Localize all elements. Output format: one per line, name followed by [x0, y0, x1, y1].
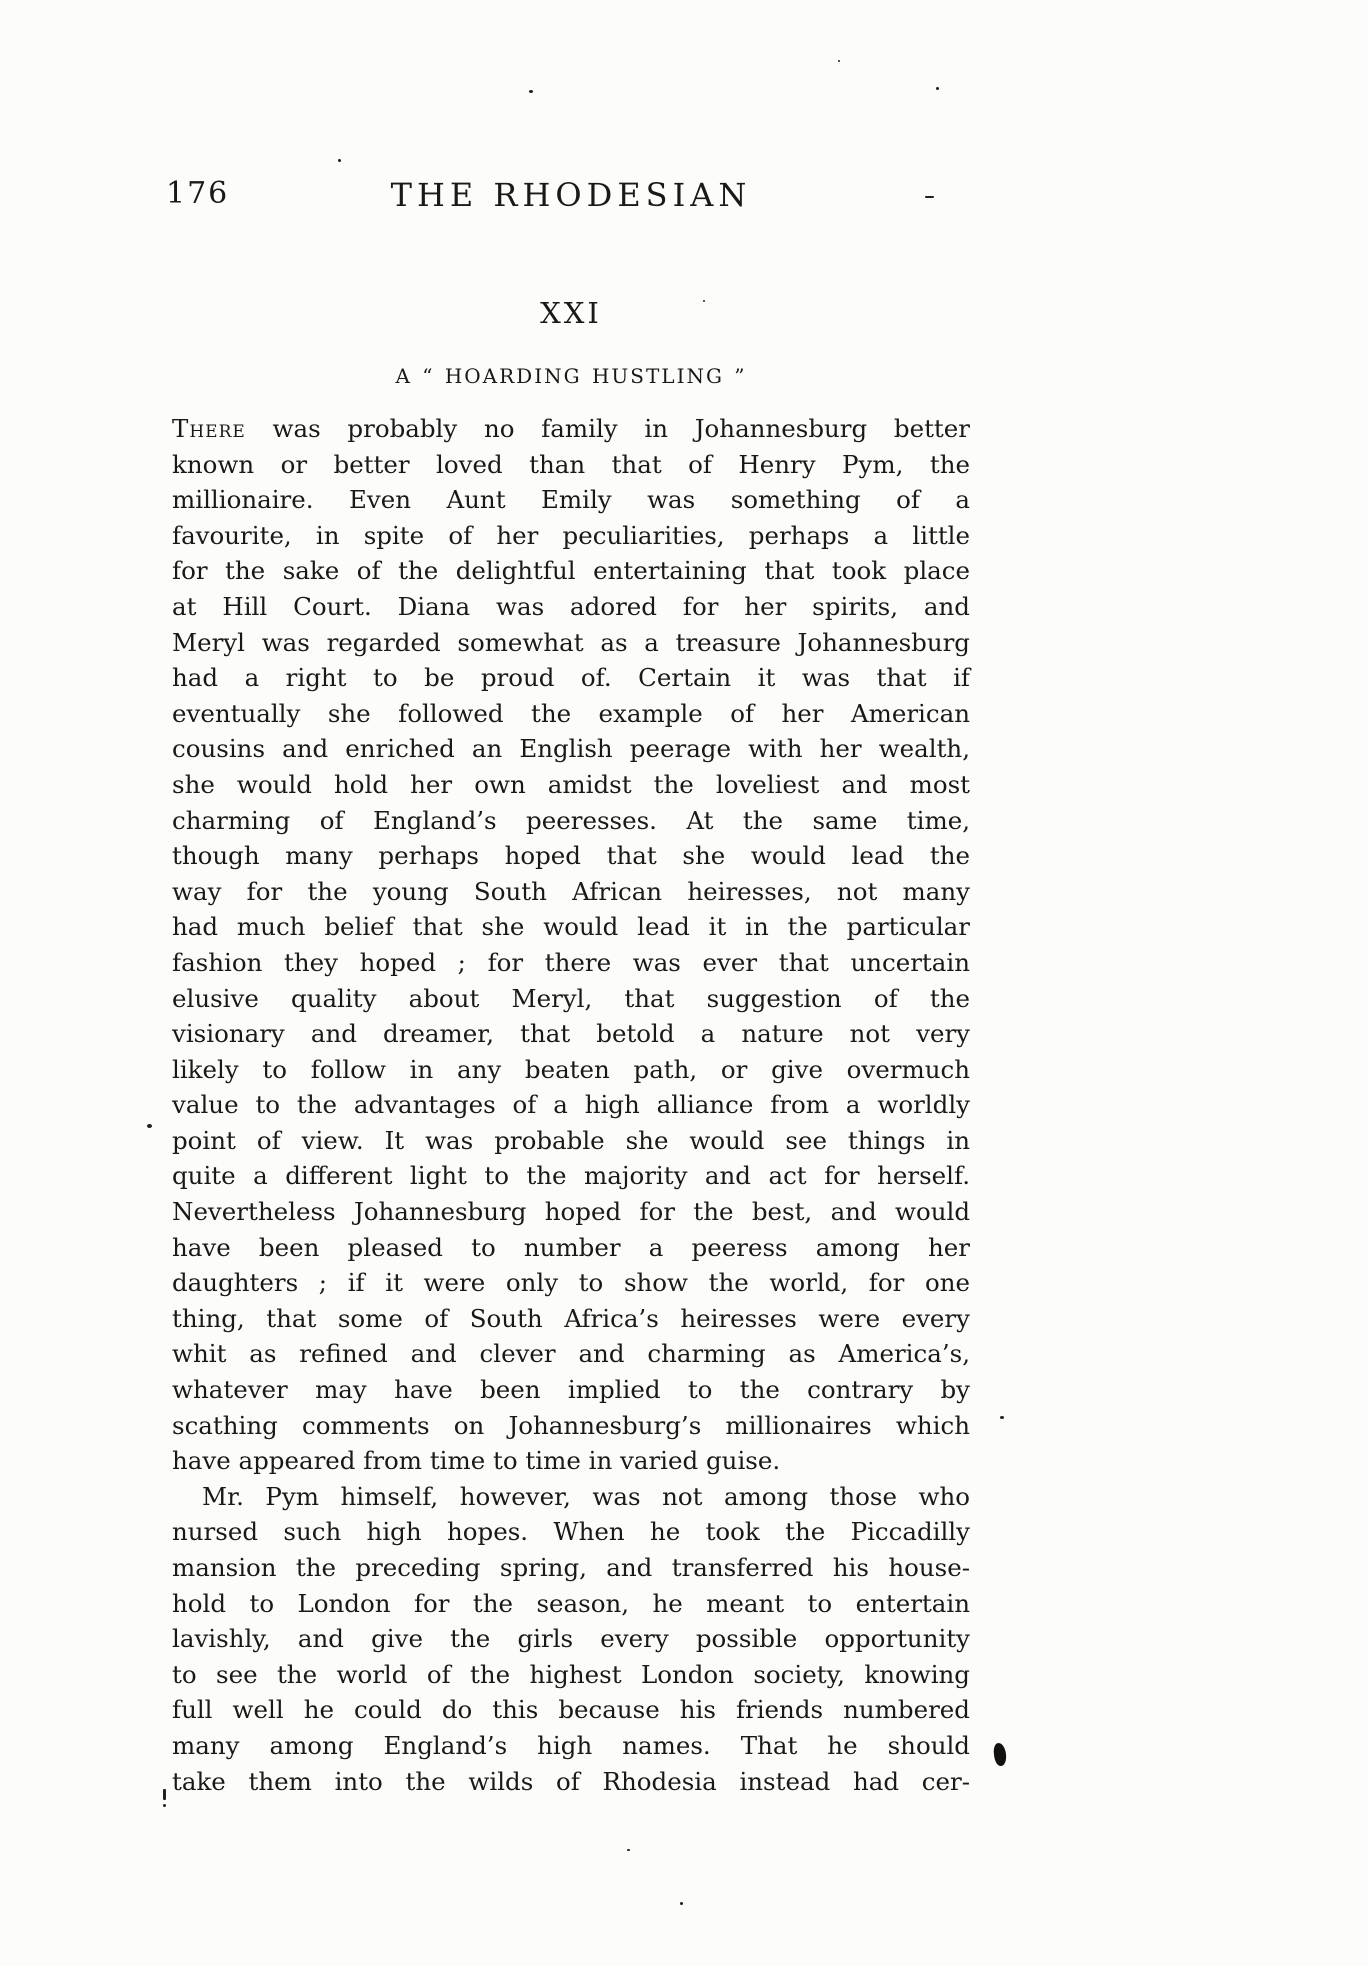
running-title: THE RHODESIAN [172, 176, 970, 214]
text-line: had much belief that she would lead it i… [172, 909, 970, 945]
scan-speck [338, 159, 341, 162]
book-page: 176 THE RHODESIAN XXI A “ HOARDING HUSTL… [0, 0, 1368, 1966]
text-line: cousins and enriched an English peerage … [172, 731, 970, 767]
text-line: There was probably no family in Johannes… [172, 411, 970, 447]
small-caps-lead: There [172, 414, 246, 443]
text-line: favourite, in spite of her peculiarities… [172, 518, 970, 554]
text-line: have appeared from time to time in varie… [172, 1443, 970, 1479]
margin-tick-mark [163, 1789, 166, 1800]
running-head: 176 THE RHODESIAN [172, 176, 970, 216]
text-line: quite a different light to the majority … [172, 1158, 970, 1194]
text-line: at Hill Court. Diana was adored for her … [172, 589, 970, 625]
text-line: lavishly, and give the girls every possi… [172, 1621, 970, 1657]
text-line: to see the world of the highest London s… [172, 1657, 970, 1693]
text-line: full well he could do this because his f… [172, 1692, 970, 1728]
text-line: daughters ; if it were only to show the … [172, 1265, 970, 1301]
scan-speck [703, 300, 705, 302]
text-line: take them into the wilds of Rhodesia ins… [172, 1764, 970, 1800]
text-line: Mr. Pym himself, however, was not among … [172, 1479, 970, 1515]
text-line: millionaire. Even Aunt Emily was somethi… [172, 482, 970, 518]
text-line: hold to London for the season, he meant … [172, 1586, 970, 1622]
text-line: Meryl was regarded somewhat as a treasur… [172, 625, 970, 661]
text-line: nursed such high hopes. When he took the… [172, 1514, 970, 1550]
text-line: for the sake of the delightful entertain… [172, 553, 970, 589]
text-line: value to the advantages of a high allian… [172, 1087, 970, 1123]
text-line: Nevertheless Johannesburg hoped for the … [172, 1194, 970, 1230]
chapter-subtitle: A “ HOARDING HUSTLING ” [172, 364, 970, 388]
chapter-number: XXI [172, 296, 970, 330]
text-line: whatever may have been implied to the co… [172, 1372, 970, 1408]
text-line: thing, that some of South Africa’s heire… [172, 1301, 970, 1337]
text-line: many among England’s high names. That he… [172, 1728, 970, 1764]
text-line: elusive quality about Meryl, that sugges… [172, 981, 970, 1017]
text-line: mansion the preceding spring, and transf… [172, 1550, 970, 1586]
scan-speck [529, 90, 533, 93]
text-line: fashion they hoped ; for there was ever … [172, 945, 970, 981]
text-line: charming of England’s peeresses. At the … [172, 803, 970, 839]
text-line: she would hold her own amidst the loveli… [172, 767, 970, 803]
scan-speck [925, 196, 934, 198]
text-line: way for the young South African heiresse… [172, 874, 970, 910]
scan-speck [1000, 1416, 1004, 1419]
body-text: There was probably no family in Johannes… [172, 411, 970, 1799]
ink-blot-mark [993, 1742, 1007, 1766]
text-line: point of view. It was probable she would… [172, 1123, 970, 1159]
scan-speck [680, 1902, 683, 1905]
text-line: have been pleased to number a peeress am… [172, 1230, 970, 1266]
scan-speck [147, 1124, 152, 1128]
text-line: though many perhaps hoped that she would… [172, 838, 970, 874]
scan-speck [936, 87, 939, 90]
text-line: likely to follow in any beaten path, or … [172, 1052, 970, 1088]
text-line: known or better loved than that of Henry… [172, 447, 970, 483]
scan-speck [838, 60, 840, 62]
text-line: eventually she followed the example of h… [172, 696, 970, 732]
text-line: whit as refined and clever and charming … [172, 1336, 970, 1372]
text-line: had a right to be proud of. Certain it w… [172, 660, 970, 696]
scan-speck [627, 1849, 630, 1851]
margin-tick-dot [163, 1804, 166, 1807]
text-line: visionary and dreamer, that betold a nat… [172, 1016, 970, 1052]
text-line: scathing comments on Johannesburg’s mill… [172, 1408, 970, 1444]
page-number: 176 [166, 176, 229, 211]
